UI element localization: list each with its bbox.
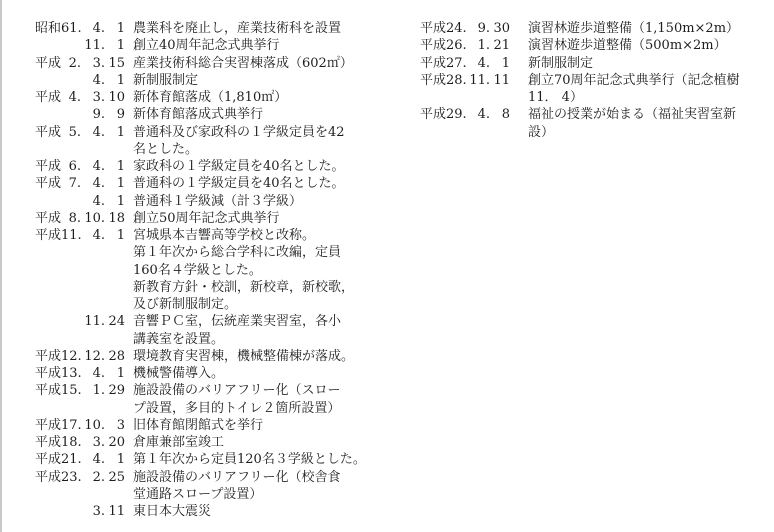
date-day: 1 bbox=[105, 37, 125, 54]
date-day: 11 bbox=[105, 503, 125, 520]
timeline-column-right: 平成24.9.30演習林遊歩道整備（1,150m×2m）平成26.1.21演習林… bbox=[420, 20, 770, 141]
timeline-row: 平成4.3.10新体育館落成（1,810㎡） bbox=[35, 89, 410, 106]
era-year: 17. bbox=[61, 417, 81, 434]
date-month: 11. bbox=[81, 37, 105, 54]
timeline-row: 平成29.4.8福祉の授業が始まる（福祉実習室新 bbox=[420, 106, 770, 123]
date-month: 4. bbox=[81, 158, 105, 175]
timeline-row: 平成24.9.30演習林遊歩道整備（1,150m×2m） bbox=[420, 20, 770, 37]
event-text: 普通科１学級減（計３学級） bbox=[133, 193, 302, 210]
date-day: 1 bbox=[105, 72, 125, 89]
date-day: 8 bbox=[490, 106, 510, 123]
era-year: 61. bbox=[61, 20, 81, 37]
event-text: 施設設備のバリアフリー化（スロー bbox=[133, 382, 340, 399]
date-day: 28 bbox=[105, 348, 125, 365]
event-text: 福祉の授業が始まる（福祉実習室新 bbox=[528, 106, 736, 123]
era-label: 平成 bbox=[35, 417, 61, 434]
era-label: 平成 bbox=[35, 55, 61, 72]
timeline-row: 設） bbox=[420, 124, 770, 141]
date-month: 4. bbox=[81, 175, 105, 192]
era-label: 平成 bbox=[420, 55, 446, 72]
event-text: 名とした。 bbox=[133, 141, 198, 158]
date-day: 25 bbox=[105, 469, 125, 486]
era-year: 29. bbox=[446, 106, 466, 123]
timeline-row: 平成15.1.29施設設備のバリアフリー化（スロー bbox=[35, 382, 410, 399]
date-day: 1 bbox=[105, 20, 125, 37]
event-text: 音響ＰＣ室，伝統産業実習室，各小 bbox=[133, 313, 341, 330]
date-month: 4. bbox=[466, 106, 490, 123]
event-text: 東日本大震災 bbox=[133, 503, 211, 520]
timeline-row: 平成26.1.21演習林遊歩道整備（500m×2m） bbox=[420, 37, 770, 54]
date-month: 1. bbox=[81, 382, 105, 399]
date-day: 11 bbox=[490, 72, 510, 89]
event-text: 施設設備のバリアフリー化（校舎食 bbox=[133, 469, 340, 486]
page-edge-line bbox=[0, 0, 2, 532]
date-month: 1. bbox=[466, 37, 490, 54]
event-text: 農業科を廃止し，産業技術科を設置 bbox=[133, 20, 341, 37]
timeline-row: 平成28.11.11創立70周年記念式典挙行（記念植樹 bbox=[420, 72, 770, 89]
event-text: 演習林遊歩道整備（1,150m×2m） bbox=[528, 20, 739, 37]
timeline-row: 平成5.4.1普通科及び家政科の１学級定員を42 bbox=[35, 124, 410, 141]
event-text: 第１年次から定員120名３学級とした。 bbox=[133, 451, 366, 468]
event-text: 機械警備導入。 bbox=[133, 365, 224, 382]
timeline-row: 9.9新体育館落成式典挙行 bbox=[35, 106, 410, 123]
date-day: 15 bbox=[105, 55, 125, 72]
date-month: 11. bbox=[466, 72, 490, 89]
timeline-row: 及び新制服制定。 bbox=[35, 296, 410, 313]
timeline-row: 名とした。 bbox=[35, 141, 410, 158]
event-text: 新体育館落成式典挙行 bbox=[133, 106, 263, 123]
event-text: 11． 4） bbox=[528, 89, 583, 106]
timeline-row: 11.1創立40周年記念式典挙行 bbox=[35, 37, 410, 54]
era-year: 26. bbox=[446, 37, 466, 54]
event-text: 第１年次から総合学科に改編，定員 bbox=[133, 244, 341, 261]
era-label: 平成 bbox=[35, 451, 61, 468]
era-label: 平成 bbox=[35, 469, 61, 486]
era-label: 平成 bbox=[420, 72, 446, 89]
era-year: 15. bbox=[61, 382, 81, 399]
date-month: 3. bbox=[81, 503, 105, 520]
date-month: 4. bbox=[81, 451, 105, 468]
date-month: 3. bbox=[81, 55, 105, 72]
event-text: 新制服制定 bbox=[528, 55, 593, 72]
date-month: 4. bbox=[81, 72, 105, 89]
era-label: 平成 bbox=[35, 382, 61, 399]
event-text: 普通科及び家政科の１学級定員を42 bbox=[133, 124, 345, 141]
event-text: 旧体育館閉館式を挙行 bbox=[133, 417, 263, 434]
era-year: 18. bbox=[61, 434, 81, 451]
date-month: 4. bbox=[81, 227, 105, 244]
document-page: 昭和61.4.1農業科を廃止し，産業技術科を設置11.1創立40周年記念式典挙行… bbox=[0, 0, 774, 532]
era-year: 4. bbox=[61, 89, 81, 106]
timeline-row: 11． 4） bbox=[420, 89, 770, 106]
timeline-row: 4.1新制服制定 bbox=[35, 72, 410, 89]
era-year: 6. bbox=[61, 158, 81, 175]
era-year: 12. bbox=[61, 348, 81, 365]
timeline-row: 3.11東日本大震災 bbox=[35, 503, 410, 520]
event-text: 160名４学級とした。 bbox=[133, 262, 262, 279]
event-text: 家政科の１学級定員を40名とした。 bbox=[133, 158, 345, 175]
date-day: 10 bbox=[105, 89, 125, 106]
timeline-row: 11.24音響ＰＣ室，伝統産業実習室，各小 bbox=[35, 313, 410, 330]
date-day: 1 bbox=[105, 158, 125, 175]
event-text: 講義室を設置。 bbox=[133, 331, 224, 348]
era-label: 昭和 bbox=[35, 20, 61, 37]
date-month: 4. bbox=[81, 124, 105, 141]
timeline-row: 160名４学級とした。 bbox=[35, 262, 410, 279]
timeline-row: 平成23.2.25施設設備のバリアフリー化（校舎食 bbox=[35, 469, 410, 486]
era-label: 平成 bbox=[35, 210, 61, 227]
timeline-row: 第１年次から総合学科に改編，定員 bbox=[35, 244, 410, 261]
era-year: 13. bbox=[61, 365, 81, 382]
date-month: 2. bbox=[81, 469, 105, 486]
event-text: 倉庫兼部室竣工 bbox=[133, 434, 224, 451]
date-month: 9. bbox=[466, 20, 490, 37]
event-text: 新制服制定 bbox=[133, 72, 198, 89]
date-day: 18 bbox=[105, 210, 125, 227]
date-day: 1 bbox=[105, 175, 125, 192]
era-year: 24. bbox=[446, 20, 466, 37]
date-day: 1 bbox=[105, 451, 125, 468]
event-text: 堂通路スロープ設置） bbox=[133, 486, 262, 503]
date-day: 1 bbox=[105, 227, 125, 244]
era-label: 平成 bbox=[35, 158, 61, 175]
date-month: 4. bbox=[81, 193, 105, 210]
era-year: 28. bbox=[446, 72, 466, 89]
timeline-row: 平成27.4.1新制服制定 bbox=[420, 55, 770, 72]
date-month: 12. bbox=[81, 348, 105, 365]
date-day: 30 bbox=[490, 20, 510, 37]
timeline-row: 平成12.12.28環境教育実習棟，機械整備棟が落成。 bbox=[35, 348, 410, 365]
era-label: 平成 bbox=[35, 89, 61, 106]
date-day: 1 bbox=[105, 193, 125, 210]
event-text: 創立40周年記念式典挙行 bbox=[133, 37, 280, 54]
date-month: 4. bbox=[466, 55, 490, 72]
timeline-row: 堂通路スロープ設置） bbox=[35, 486, 410, 503]
era-label: 平成 bbox=[35, 348, 61, 365]
timeline-row: 平成18.3.20倉庫兼部室竣工 bbox=[35, 434, 410, 451]
timeline-row: 昭和61.4.1農業科を廃止し，産業技術科を設置 bbox=[35, 20, 410, 37]
event-text: 創立50周年記念式典挙行 bbox=[133, 210, 280, 227]
event-text: 新体育館落成（1,810㎡） bbox=[133, 89, 287, 106]
date-month: 4. bbox=[81, 365, 105, 382]
event-text: 新教育方針・校訓，新校章，新校歌， bbox=[133, 279, 354, 296]
event-text: 普通科の１学級定員を40名とした。 bbox=[133, 175, 345, 192]
era-label: 平成 bbox=[35, 434, 61, 451]
era-label: 平成 bbox=[35, 124, 61, 141]
date-month: 10. bbox=[81, 210, 105, 227]
era-label: 平成 bbox=[420, 106, 446, 123]
timeline-row: 平成7.4.1普通科の１学級定員を40名とした。 bbox=[35, 175, 410, 192]
era-label: 平成 bbox=[420, 20, 446, 37]
timeline-row: 平成11.4.1宮城県本吉響高等学校と改称。 bbox=[35, 227, 410, 244]
date-day: 21 bbox=[490, 37, 510, 54]
timeline-row: プ設置，多目的トイレ２箇所設置） bbox=[35, 400, 410, 417]
era-label: 平成 bbox=[35, 365, 61, 382]
date-day: 24 bbox=[105, 313, 125, 330]
era-year: 23. bbox=[61, 469, 81, 486]
era-label: 平成 bbox=[35, 227, 61, 244]
date-day: 1 bbox=[105, 365, 125, 382]
event-text: 環境教育実習棟，機械整備棟が落成。 bbox=[133, 348, 354, 365]
era-year: 21. bbox=[61, 451, 81, 468]
timeline-row: 平成17.10.3旧体育館閉館式を挙行 bbox=[35, 417, 410, 434]
era-year: 8. bbox=[61, 210, 81, 227]
era-year: 5. bbox=[61, 124, 81, 141]
timeline-row: 講義室を設置。 bbox=[35, 331, 410, 348]
era-year: 2. bbox=[61, 55, 81, 72]
event-text: プ設置，多目的トイレ２箇所設置） bbox=[133, 400, 340, 417]
date-month: 3. bbox=[81, 434, 105, 451]
timeline-column-left: 昭和61.4.1農業科を廃止し，産業技術科を設置11.1創立40周年記念式典挙行… bbox=[35, 20, 410, 520]
timeline-row: 平成8.10.18創立50周年記念式典挙行 bbox=[35, 210, 410, 227]
timeline-row: 新教育方針・校訓，新校章，新校歌， bbox=[35, 279, 410, 296]
timeline-row: 平成13.4.1機械警備導入。 bbox=[35, 365, 410, 382]
era-label: 平成 bbox=[35, 175, 61, 192]
event-text: 宮城県本吉響高等学校と改称。 bbox=[133, 227, 315, 244]
date-day: 1 bbox=[490, 55, 510, 72]
date-month: 9. bbox=[81, 106, 105, 123]
date-day: 9 bbox=[105, 106, 125, 123]
event-text: 演習林遊歩道整備（500m×2m） bbox=[528, 37, 727, 54]
event-text: 創立70周年記念式典挙行（記念植樹 bbox=[528, 72, 740, 89]
date-day: 3 bbox=[105, 417, 125, 434]
era-label: 平成 bbox=[420, 37, 446, 54]
date-month: 4. bbox=[81, 20, 105, 37]
timeline-row: 平成6.4.1家政科の１学級定員を40名とした。 bbox=[35, 158, 410, 175]
timeline-row: 平成21.4.1第１年次から定員120名３学級とした。 bbox=[35, 451, 410, 468]
event-text: 設） bbox=[528, 124, 554, 141]
timeline-row: 4.1普通科１学級減（計３学級） bbox=[35, 193, 410, 210]
date-day: 29 bbox=[105, 382, 125, 399]
timeline-row: 平成2.3.15産業技術科総合実習棟落成（602㎡） bbox=[35, 55, 410, 72]
event-text: 及び新制服制定。 bbox=[133, 296, 237, 313]
date-month: 10. bbox=[81, 417, 105, 434]
era-year: 7. bbox=[61, 175, 81, 192]
date-day: 20 bbox=[105, 434, 125, 451]
era-year: 11. bbox=[61, 227, 81, 244]
date-month: 3. bbox=[81, 89, 105, 106]
era-year: 27. bbox=[446, 55, 466, 72]
event-text: 産業技術科総合実習棟落成（602㎡） bbox=[133, 55, 353, 72]
date-month: 11. bbox=[81, 313, 105, 330]
date-day: 1 bbox=[105, 124, 125, 141]
